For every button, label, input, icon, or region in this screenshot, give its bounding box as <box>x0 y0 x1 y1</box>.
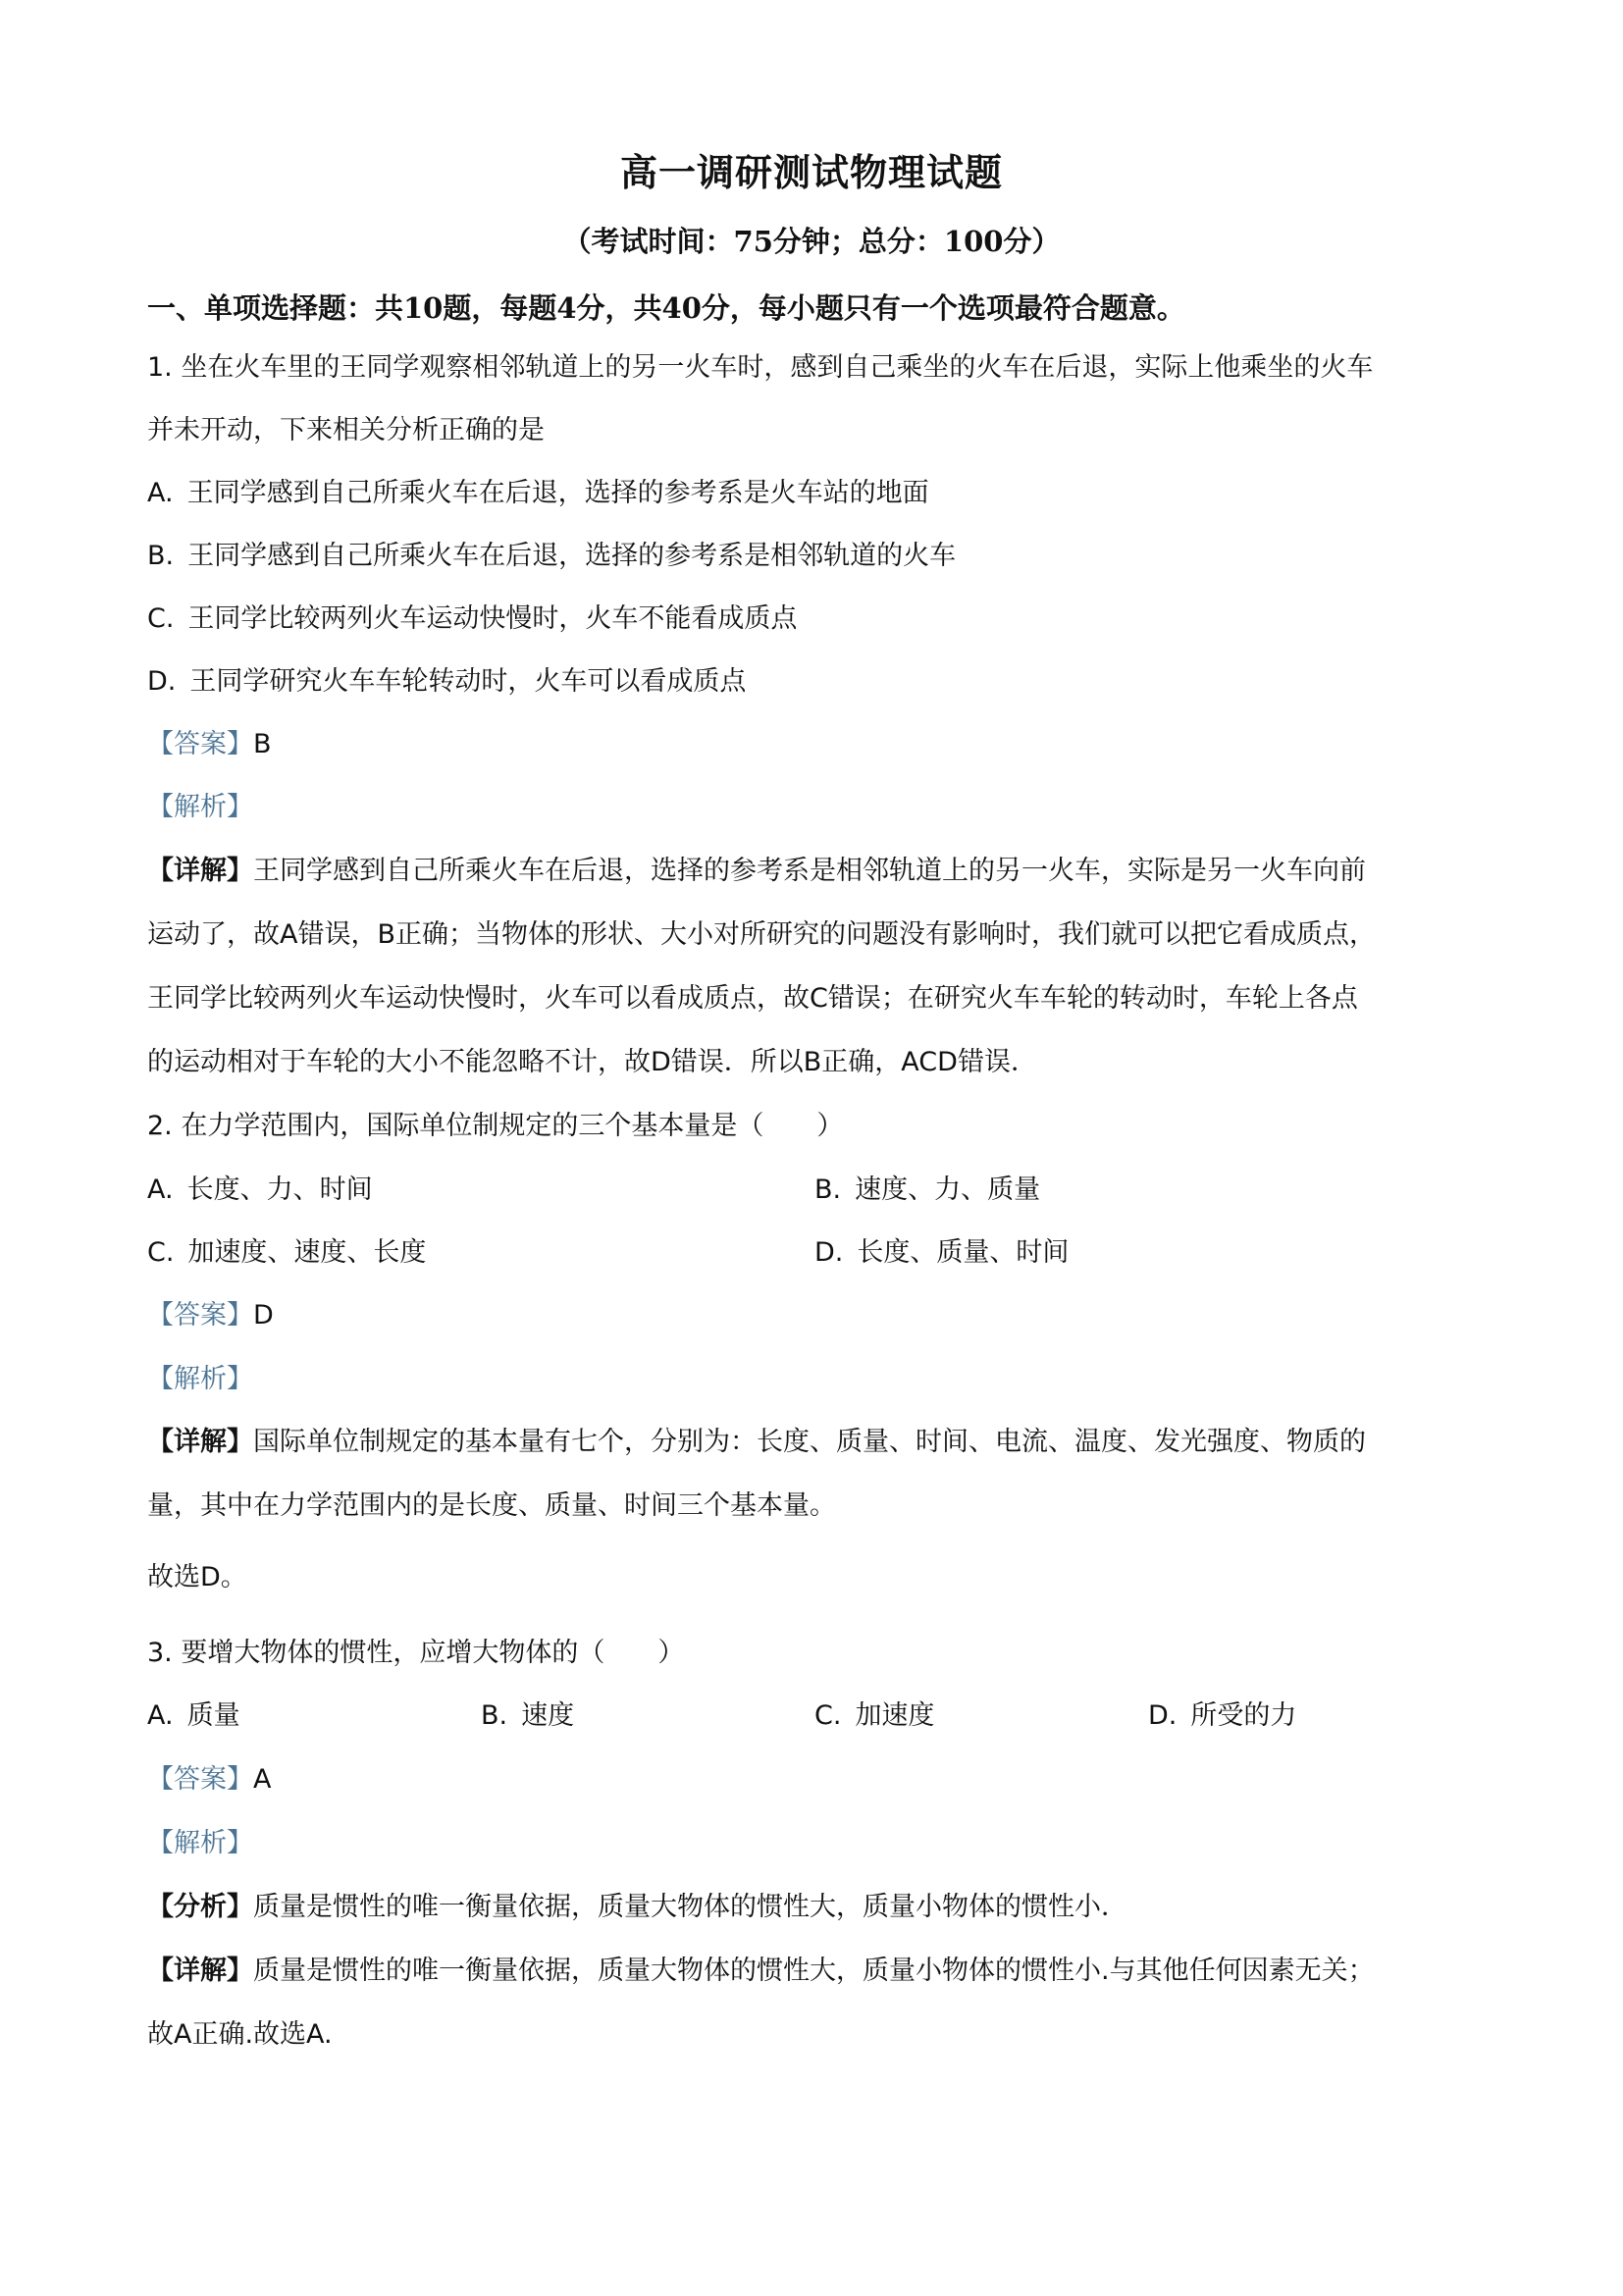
page-title: 高一调研测试物理试题 <box>0 142 1623 196</box>
exam-page: 高一调研测试物理试题 （考试时间：75分钟；总分：100分） 一、单项选择题：共… <box>0 0 1623 2296</box>
question-number: 1. <box>147 352 173 383</box>
question-number: 3. <box>147 1638 173 1668</box>
option-text: 王同学感到自己所乘火车在后退，选择的参考系是火车站的地面 <box>187 478 929 508</box>
answer-value: B <box>253 729 272 759</box>
question-stem: 3. 要增大物体的惯性，应增大物体的（ ） <box>147 1636 684 1671</box>
option-text: 所受的力 <box>1190 1700 1296 1731</box>
answer-label: 【答案】 <box>147 1764 253 1795</box>
option-letter: C. <box>147 601 174 637</box>
analyze-text: 质量是惯性的唯一衡量依据，质量大物体的惯性大，质量小物体的惯性小． <box>253 1892 1127 1922</box>
option-letter: C. <box>147 1235 174 1271</box>
answer-line: 【答案】B <box>147 727 272 762</box>
detail-line: 【详解】质量是惯性的唯一衡量依据，质量大物体的惯性大，质量小物体的惯性小.与其他… <box>147 1954 1375 1989</box>
detail-text: 王同学感到自己所乘火车在后退，选择的参考系是相邻轨道上的另一火车，实际是另一火车… <box>253 856 1366 886</box>
detail-line: 运动了，故A错误，B正确；当物体的形状、大小对所研究的问题没有影响时，我们就可以… <box>147 917 1376 953</box>
option-text: 王同学比较两列火车运动快慢时，火车不能看成质点 <box>187 603 797 634</box>
option-b: B.速度 <box>481 1698 574 1734</box>
option-text: 速度 <box>521 1700 574 1731</box>
detail-label: 【详解】 <box>147 856 253 886</box>
answer-value: A <box>253 1764 271 1795</box>
detail-line: 的运动相对于车轮的大小不能忽略不计，故D错误．所以B正确，ACD错误． <box>147 1045 1037 1080</box>
option-text: 速度、力、质量 <box>855 1174 1040 1205</box>
question-stem-continued: 并未开动，下来相关分析正确的是 <box>147 413 545 448</box>
option-text: 加速度 <box>855 1700 934 1731</box>
section-heading: 一、单项选择题：共10题，每题4分，共40分，每小题只有一个选项最符合题意。 <box>147 287 1185 327</box>
analysis-label: 【解析】 <box>147 792 253 822</box>
conclusion-line: 故选D。 <box>147 1560 247 1595</box>
detail-label: 【详解】 <box>147 1956 253 1986</box>
exam-info-subtitle: （考试时间：75分钟；总分：100分） <box>0 220 1623 260</box>
option-text: 加速度、速度、长度 <box>187 1237 426 1268</box>
option-letter: A. <box>147 1173 174 1208</box>
analyze-label: 【分析】 <box>147 1892 253 1922</box>
detail-text: 质量是惯性的唯一衡量依据，质量大物体的惯性大，质量小物体的惯性小.与其他任何因素… <box>253 1956 1375 1986</box>
answer-label: 【答案】 <box>147 729 253 759</box>
option-letter: B. <box>147 539 174 574</box>
option-letter: A. <box>147 476 174 511</box>
detail-line: 【详解】国际单位制规定的基本量有七个，分别为：长度、质量、时间、电流、温度、发光… <box>147 1425 1366 1460</box>
option-letter: D. <box>814 1235 843 1271</box>
question-stem-text: 坐在火车里的王同学观察相邻轨道上的另一火车时，感到自己乘坐的火车在后退，实际上他… <box>181 352 1373 383</box>
option-d: D.王同学研究火车车轮转动时，火车可以看成质点 <box>147 664 746 700</box>
detail-line: 【详解】王同学感到自己所乘火车在后退，选择的参考系是相邻轨道上的另一火车，实际是… <box>147 854 1366 889</box>
analysis-label: 【解析】 <box>147 1828 253 1858</box>
option-letter: D. <box>1148 1698 1177 1734</box>
option-d: D.所受的力 <box>1148 1698 1296 1734</box>
question-stem-text: 在力学范围内，国际单位制规定的三个基本量是（ ） <box>181 1111 843 1141</box>
option-a: A.长度、力、时间 <box>147 1173 373 1208</box>
question-stem-text: 要增大物体的惯性，应增大物体的（ ） <box>181 1638 684 1668</box>
analyze-line: 【分析】质量是惯性的唯一衡量依据，质量大物体的惯性大，质量小物体的惯性小． <box>147 1890 1127 1925</box>
answer-line: 【答案】D <box>147 1298 274 1333</box>
option-letter: C. <box>814 1698 841 1734</box>
option-text: 长度、质量、时间 <box>857 1237 1069 1268</box>
option-c: C.王同学比较两列火车运动快慢时，火车不能看成质点 <box>147 601 797 637</box>
analysis-line: 【解析】 <box>147 1362 253 1397</box>
analysis-label: 【解析】 <box>147 1364 253 1394</box>
answer-label: 【答案】 <box>147 1300 253 1331</box>
option-letter: B. <box>814 1173 841 1208</box>
option-text: 质量 <box>187 1700 240 1731</box>
question-stem: 1. 坐在火车里的王同学观察相邻轨道上的另一火车时，感到自己乘坐的火车在后退，实… <box>147 350 1373 386</box>
option-c: C.加速度 <box>814 1698 934 1734</box>
option-letter: D. <box>147 664 176 700</box>
analysis-line: 【解析】 <box>147 790 253 825</box>
option-text: 长度、力、时间 <box>187 1174 373 1205</box>
option-letter: B. <box>481 1698 507 1734</box>
option-c: C.加速度、速度、长度 <box>147 1235 426 1271</box>
option-b: B.速度、力、质量 <box>814 1173 1040 1208</box>
detail-text: 国际单位制规定的基本量有七个，分别为：长度、质量、时间、电流、温度、发光强度、物… <box>253 1427 1366 1457</box>
option-a: A.质量 <box>147 1698 240 1734</box>
analysis-line: 【解析】 <box>147 1826 253 1861</box>
detail-label: 【详解】 <box>147 1427 253 1457</box>
option-letter: A. <box>147 1698 174 1734</box>
detail-line: 故A正确.故选A. <box>147 2017 333 2053</box>
option-text: 王同学研究火车车轮转动时，火车可以看成质点 <box>189 666 746 697</box>
option-b: B.王同学感到自己所乘火车在后退，选择的参考系是相邻轨道的火车 <box>147 539 956 574</box>
answer-value: D <box>253 1300 274 1331</box>
option-text: 王同学感到自己所乘火车在后退，选择的参考系是相邻轨道的火车 <box>187 541 956 571</box>
option-a: A.王同学感到自己所乘火车在后退，选择的参考系是火车站的地面 <box>147 476 929 511</box>
option-d: D.长度、质量、时间 <box>814 1235 1069 1271</box>
question-stem: 2. 在力学范围内，国际单位制规定的三个基本量是（ ） <box>147 1109 843 1144</box>
detail-line: 王同学比较两列火车运动快慢时，火车可以看成质点，故C错误；在研究火车车轮的转动时… <box>147 981 1358 1017</box>
detail-line: 量，其中在力学范围内的是长度、质量、时间三个基本量。 <box>147 1488 836 1524</box>
answer-line: 【答案】A <box>147 1762 271 1798</box>
question-number: 2. <box>147 1111 173 1141</box>
